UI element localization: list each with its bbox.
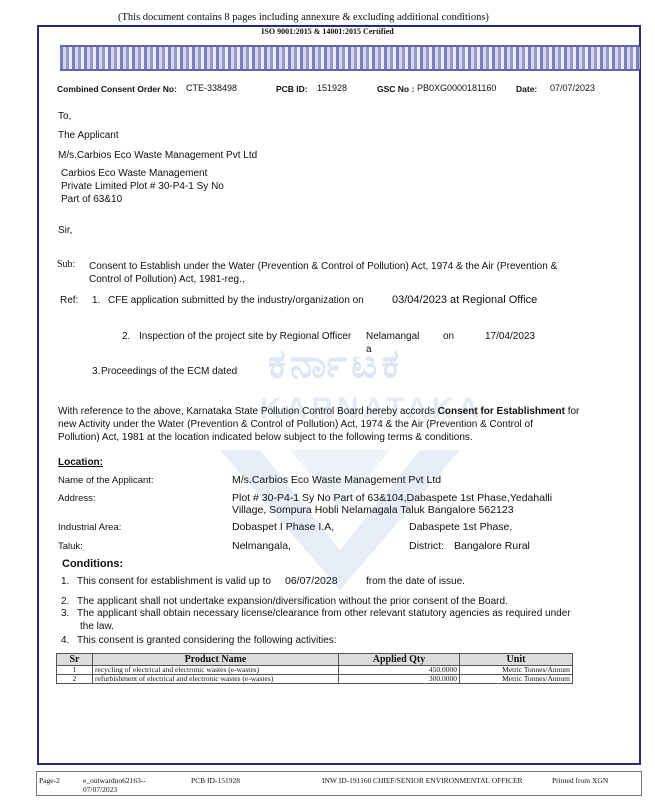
gsc-no: PB0XG0000181160 bbox=[417, 83, 496, 93]
col-unit: Unit bbox=[460, 654, 573, 666]
ref-2-date: 17/04/2023 bbox=[485, 331, 535, 342]
validity-date: 06/07/2028 bbox=[285, 575, 338, 587]
district: Bangalore Rural bbox=[454, 540, 530, 552]
ref-2-office-wrap: a bbox=[366, 344, 372, 355]
company-name: M/s.Carbios Eco Waste Management Pvt Ltd bbox=[58, 150, 257, 161]
pcb-id: 151928 bbox=[317, 83, 347, 93]
pcb-id-label: PCB ID: bbox=[276, 84, 308, 94]
date-label: Date: bbox=[516, 84, 537, 94]
taluk-label: Taluk: bbox=[58, 541, 83, 552]
ref-1-num: 1. bbox=[92, 295, 100, 306]
industrial-area-extra: Dabaspete 1st Phase, bbox=[409, 521, 512, 533]
row-unit: Metric Tonnes/Annum bbox=[460, 675, 573, 684]
order-no-label: Combined Consent Order No: bbox=[57, 84, 177, 94]
row-sr: 2 bbox=[57, 675, 93, 684]
certification-banner: ISO 9001:2015 & 14001:2015 Certified bbox=[0, 27, 655, 36]
ref-3-num: 3. bbox=[92, 366, 100, 377]
intro-text-b: for bbox=[565, 406, 579, 417]
intro-line-3: Pollution) Act, 1981 at the location ind… bbox=[58, 432, 473, 443]
condition-4-text: This consent is granted considering the … bbox=[77, 635, 337, 646]
order-no: CTE-338498 bbox=[186, 83, 237, 93]
condition-3-num: 3. bbox=[61, 608, 69, 619]
address-line-2: Private Limited Plot # 30-P4-1 Sy No bbox=[61, 181, 224, 192]
condition-1-num: 1. bbox=[61, 576, 69, 587]
ref-2-num: 2. bbox=[122, 331, 130, 342]
condition-1-text: This consent for establishment is valid … bbox=[77, 576, 271, 587]
footer-page: Page-2 bbox=[39, 776, 60, 785]
condition-4-num: 4. bbox=[61, 635, 69, 646]
intro-consent-bold: Consent for Establishment bbox=[438, 406, 565, 417]
page-count-note: (This document contains 8 pages includin… bbox=[118, 12, 489, 23]
address-value-line-1: Plot # 30-P4-1 Sy No Part of 63&104,Daba… bbox=[232, 492, 552, 504]
ref-1-suffix: at Regional Office bbox=[450, 294, 537, 306]
address-line-3: Part of 63&10 bbox=[61, 194, 122, 205]
applicant-name: M/s.Carbios Eco Waste Management Pvt Ltd bbox=[232, 474, 441, 486]
col-applied-qty: Applied Qty bbox=[339, 654, 460, 666]
condition-3-line-1: The applicant shall obtain necessary lic… bbox=[77, 608, 571, 619]
condition-2-text: The applicant shall not undertake expans… bbox=[77, 596, 508, 607]
page-footer: Page-2 e_outwardno62163-- 07/07/2023 PCB… bbox=[36, 771, 642, 796]
name-label: Name of the Applicant: bbox=[58, 475, 154, 486]
ref-2-on: on bbox=[443, 331, 454, 342]
intro-line-2: new Activity under the Water (Prevention… bbox=[58, 419, 533, 430]
condition-3-line-2: the law. bbox=[80, 621, 114, 632]
ref-label: Ref: bbox=[60, 295, 78, 306]
order-date: 07/07/2023 bbox=[550, 83, 595, 93]
applicant-line: The Applicant bbox=[58, 130, 119, 141]
industrial-area: Dobaspet I Phase I.A, bbox=[232, 521, 334, 533]
ref-1-date: 03/04/2023 bbox=[392, 294, 447, 306]
address-label: Address: bbox=[58, 493, 96, 504]
district-label: District: bbox=[409, 540, 444, 552]
watermark-kannada: ಕರ್ನಾಟಕ bbox=[268, 342, 403, 387]
salutation: Sir, bbox=[58, 225, 72, 236]
footer-officer: CHIEF/SENIOR ENVIRONMENTAL OFFICER bbox=[373, 776, 523, 785]
subject-label: Sub: bbox=[57, 259, 75, 270]
table-row: 2 refurbishment of electrical and electr… bbox=[57, 675, 573, 684]
ref-2-office: Nelamangal bbox=[366, 331, 419, 342]
row-product: refurbishment of electrical and electron… bbox=[93, 675, 339, 684]
subject-line-1: Consent to Establish under the Water (Pr… bbox=[89, 261, 557, 272]
address-value-line-2: Village, Sompura Hobli Nelamagala Taluk … bbox=[232, 504, 514, 516]
ref-1-text: CFE application submitted by the industr… bbox=[108, 295, 364, 306]
gsc-no-label: GSC No : bbox=[377, 84, 414, 94]
address-line-1: Carbios Eco Waste Management bbox=[61, 168, 207, 179]
table-header-row: Sr Product Name Applied Qty Unit bbox=[57, 654, 573, 666]
footer-outward-date: 07/07/2023 bbox=[83, 785, 117, 794]
footer-outward-no: e_outwardno62163-- bbox=[83, 776, 146, 785]
to-line: To, bbox=[58, 111, 71, 122]
location-heading: Location: bbox=[58, 457, 103, 468]
taluk: Nelmangala, bbox=[232, 540, 291, 552]
condition-1-suffix: from the date of issue. bbox=[366, 576, 465, 587]
intro-line-1: With reference to the above, Karnataka S… bbox=[58, 406, 579, 417]
col-sr: Sr bbox=[57, 654, 93, 666]
ref-3-text: Proceedings of the ECM dated bbox=[101, 366, 237, 377]
activities-table: Sr Product Name Applied Qty Unit 1 recyc… bbox=[56, 653, 573, 684]
ornamental-border bbox=[60, 45, 640, 71]
conditions-heading: Conditions: bbox=[62, 558, 123, 570]
subject-line-2: Control of Pollution) Act, 1981-reg., bbox=[89, 274, 245, 285]
ref-2-text: Inspection of the project site by Region… bbox=[139, 331, 351, 342]
footer-pcb-id: PCB ID-151928 bbox=[191, 776, 240, 785]
col-product-name: Product Name bbox=[93, 654, 339, 666]
footer-inw-id: INW ID-191160 bbox=[322, 776, 371, 785]
row-qty: 300.0000 bbox=[339, 675, 460, 684]
condition-2-num: 2. bbox=[61, 596, 69, 607]
intro-text-a: With reference to the above, Karnataka S… bbox=[58, 406, 438, 417]
footer-printed: Printed from XGN bbox=[552, 776, 608, 785]
industrial-area-label: Industrial Area: bbox=[58, 522, 121, 533]
